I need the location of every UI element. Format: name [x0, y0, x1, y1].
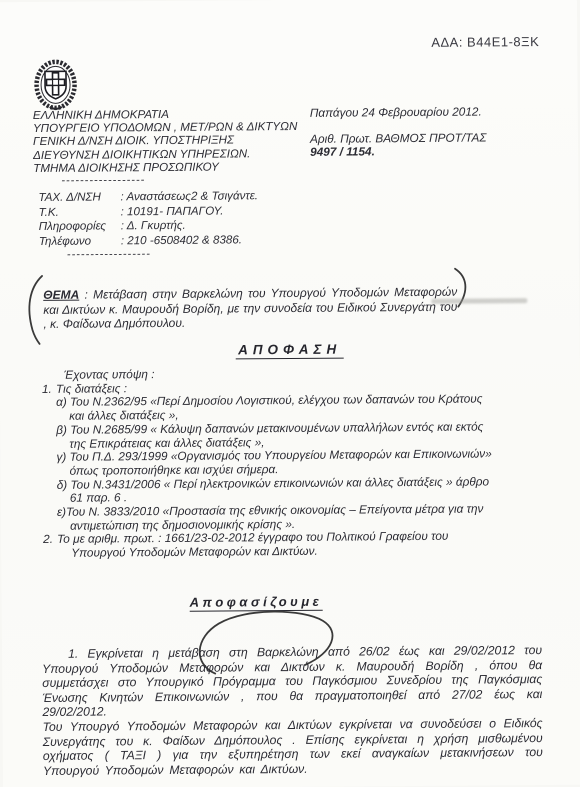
contact-block: ΤΑΧ. Δ/ΝΣΗ : Αναστάσεως2 & Τσιγάντε. Τ.Κ…: [38, 189, 258, 261]
provisions-list: α) Του Ν.2362/95 «Περί Δημοσίου Λογιστικ…: [42, 393, 495, 534]
org-header-block: ΕΛΛΗΝΙΚΗ ΔΗΜΟΚΡΑΤΙΑ ΥΠΟΥΡΓΕΙΟ ΥΠΟΔΟΜΩΝ ,…: [33, 107, 298, 187]
date-protocol-block: Παπάγου 24 Φεβρουαρίου 2012. Αριθ. Πρωτ.…: [310, 105, 487, 159]
scanned-document-page: ΑΔΑ: Β44Ε1-8ΞΚ ΕΛΛΗΝΙΚΗ ΔΗΜΟΚΡΑΤΙΑ ΥΠΟΥΡ…: [0, 0, 580, 787]
hand-drawn-parenthesis-left-icon: [23, 274, 46, 346]
ada-code: ΑΔΑ: Β44Ε1-8ΞΚ: [431, 34, 539, 50]
header-divider: ------------------: [33, 173, 298, 187]
item-text: Το με αριθμ. πρωτ. : 1661/23-02-2012 έγγ…: [57, 530, 495, 561]
item-marker: 1.: [42, 383, 56, 397]
item-marker: 2.: [43, 533, 57, 561]
contact-row-telephone: Τηλέφωνο : 210 -6508402 & 8386.: [39, 233, 259, 249]
contact-label: ΤΑΧ. Δ/ΝΣΗ: [38, 190, 120, 205]
preamble-block: Έχοντας υπόψη : 1. Τις διατάξεις : α) Το…: [42, 365, 495, 560]
decision-heading: ΑΠΟΦΑΣΗ: [0, 339, 580, 362]
subject-label: ΘΕΜΑ: [43, 288, 79, 302]
decision-body: 1. Εγκρίνεται η μετάβαση στη Βαρκελώνη α…: [42, 643, 543, 778]
contact-value: : Αναστάσεως2 & Τσιγάντε.: [120, 189, 258, 205]
contact-label: Τ.Κ.: [39, 205, 121, 220]
contact-label: Τηλέφωνο: [39, 234, 121, 249]
subject-text: : Μετάβαση στην Βαρκελώνη του Υπουργού Υ…: [43, 285, 457, 331]
contact-divider: ------------------: [39, 248, 259, 262]
contact-label: Πληροφορίες: [39, 220, 121, 235]
provision-item: γ) Του Π.Δ. 293/1999 «Οργανισμός του Υπο…: [56, 448, 494, 479]
greek-emblem-icon: [31, 58, 79, 114]
contact-value: : 210 -6508402 & 8386.: [121, 233, 242, 249]
preamble-item-2: 2. Το με αριθμ. πρωτ. : 1661/23-02-2012 …: [43, 530, 495, 561]
body-paragraph-2: Του Υπουργό Υποδομών Μεταφορών και Δικτύ…: [43, 716, 543, 778]
org-line: ΥΠΟΥΡΓΕΙΟ ΥΠΟΔΟΜΩΝ , ΜΕΤ/ΡΩΝ & ΔΙΚΤΥΩΝ: [33, 120, 298, 135]
subject-block: ΘΕΜΑ : Μετάβαση στην Βαρκελώνη του Υπουρ…: [43, 285, 457, 332]
contact-value: : 10191- ΠΑΠΑΓΟΥ.: [121, 204, 224, 219]
body-paragraph-1: 1. Εγκρίνεται η μετάβαση στη Βαρκελώνη α…: [42, 643, 543, 720]
contact-row-address: ΤΑΧ. Δ/ΝΣΗ : Αναστάσεως2 & Τσιγάντε.: [38, 189, 258, 205]
protocol-number: 9497 / 1154.: [310, 144, 487, 159]
protocol-label: Αριθ. Πρωτ. ΒΑΘΜΟΣ ΠΡΟΤ/ΤΑΣ: [310, 131, 487, 146]
contact-value: : Δ. Γκυρτής.: [121, 219, 186, 234]
decision-heading-text: ΑΠΟΦΑΣΗ: [236, 342, 343, 360]
document-date: Παπάγου 24 Φεβρουαρίου 2012.: [310, 105, 487, 120]
